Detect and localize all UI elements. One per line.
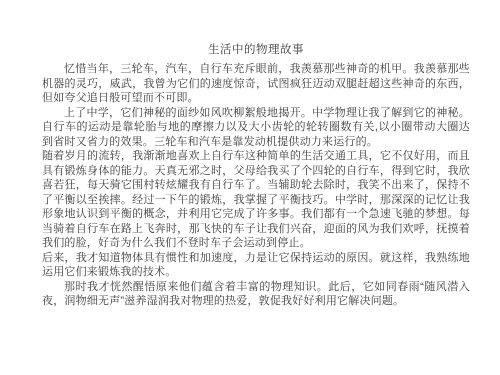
paragraph: 忆惜当年，三轮车，汽车，自行车充斥眼前，我羡慕那些神奇的机甲。我羡慕那些机器的灵… <box>42 62 470 106</box>
document-page: 生活中的物理故事 忆惜当年，三轮车，汽车，自行车充斥眼前，我羡慕那些神奇的机甲。… <box>0 0 500 375</box>
document-body: 忆惜当年，三轮车，汽车，自行车充斥眼前，我羡慕那些神奇的机甲。我羡慕那些机器的灵… <box>42 62 470 309</box>
paragraph: 后来，我才知道物体具有惯性和加速度，力是让它保持运动的原因。就这样，我熟练地运用… <box>42 251 470 280</box>
paragraph: 那时我才恍然醒悟原来他们蕴含着丰富的物理知识。此后，它如同春雨“随风潜入夜，润物… <box>42 280 470 309</box>
document-title: 生活中的物理故事 <box>42 42 470 58</box>
paragraph: 随着岁月的流转，我渐渐地喜欢上自行车这种简单的生活交通工具，它不仅好用，而且具有… <box>42 149 470 251</box>
paragraph: 上了中学，它们神秘的面纱如风吹柳絮般地揭开。中学物理让我了解到它的神秘。自行车的… <box>42 106 470 150</box>
